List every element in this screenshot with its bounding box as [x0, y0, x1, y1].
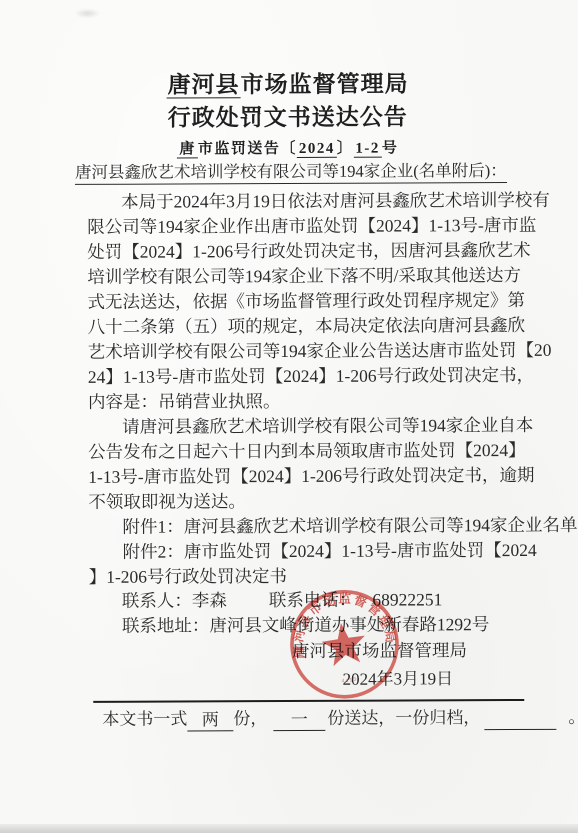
document-title-line1: 唐河县市场监督管理局 — [0, 69, 577, 100]
body-line: 附件1：唐河县鑫欣艺术培训学校有限公司等194家企业名单 — [88, 513, 510, 540]
body-line: 八十二条第（五）项的规定，本局决定依法向唐河县鑫欣 — [88, 313, 510, 340]
seal-star-icon — [319, 620, 368, 667]
body-line: 不领取即视为送达。 — [88, 488, 510, 515]
page-content: 唐河县市场监督管理局 行政处罚文书送达公告 唐市监罚送告〔2024〕1-2号 唐… — [0, 0, 578, 833]
seal-code-digits: 4113 — [341, 676, 359, 685]
official-red-seal: 唐河县市场监督管理局 4113 — [280, 580, 408, 708]
body-line: 公告发布之日起六十日内到本局领取唐市监处罚【2024】 — [88, 438, 510, 465]
body-line: 限公司等194家企业作出唐市监处罚【2024】1-13号-唐市监 — [87, 213, 509, 240]
document-title-line2: 行政处罚文书送达公告 — [0, 102, 577, 133]
body-paragraphs: 本局于2024年3月19日依法对唐河县鑫欣艺术培训学校有限公司等194家企业作出… — [87, 188, 511, 590]
copies-note-line: 本文书一式两份，一份送达，一份归档，。 — [102, 706, 578, 732]
svg-text:4113: 4113 — [341, 676, 359, 685]
footer-blank-copies: 两 — [187, 708, 233, 731]
document-number: 唐市监罚送告〔2024〕1-2号 — [0, 136, 577, 160]
body-line: 1-13号-唐市监处罚【2024】1-206号行政处罚决定书，逾期 — [88, 463, 510, 490]
footer-blank-empty — [484, 707, 556, 730]
body-line: 式无法送达，依据《市场监督管理行政处罚程序规定》第 — [87, 288, 509, 315]
docno-blank-serial: 1-2 — [353, 141, 382, 158]
footer-mid2: 份送达，一份归档， — [327, 708, 480, 728]
footer-prefix: 本文书一式 — [102, 709, 187, 728]
docno-blank-agency: 唐 — [177, 141, 198, 158]
docno-static3: 号 — [382, 141, 399, 157]
body-line: 处罚【2024】1-206号行政处罚决定书，因唐河县鑫欣艺术 — [87, 238, 509, 265]
body-line: 】1-206号行政处罚决定书 — [89, 563, 511, 590]
footer-blank-delivered: 一 — [273, 708, 325, 731]
contact-person-value: 李森 — [192, 590, 227, 610]
body-line: 附件2：唐市监处罚【2024】1-13号-唐市监处罚【2024 — [89, 538, 511, 565]
body-line: 培训学校有限公司等194家企业下落不明/采取其他送达方 — [87, 263, 509, 290]
body-line: 请唐河县鑫欣艺术培训学校有限公司等194家企业自本 — [88, 413, 510, 440]
title-filled-blank: 唐河县 — [166, 71, 240, 98]
docno-static1: 市监罚送告〔 — [198, 141, 297, 157]
docno-static2: 〕 — [337, 141, 354, 157]
footer-period: 。 — [568, 706, 578, 730]
body-line: 内容是：吊销营业执照。 — [88, 388, 510, 415]
body-line: 艺术培训学校有限公司等194家企业公告送达唐市监处罚【20 — [88, 338, 510, 365]
body-line: 24】1-13号-唐市监处罚【2024】1-206号行政处罚决定书， — [88, 363, 510, 390]
contact-person-label: 联系人： — [122, 590, 192, 610]
scanned-document-page: 唐河县市场监督管理局 行政处罚文书送达公告 唐市监罚送告〔2024〕1-2号 唐… — [0, 0, 578, 833]
addressee-line: 唐河县鑫欣艺术培训学校有限公司等194家企业(名单附后)： — [75, 160, 507, 185]
scan-smudge — [74, 9, 100, 18]
footer-mid1: 份， — [233, 709, 267, 728]
body-line: 本局于2024年3月19日依法对唐河县鑫欣艺术培训学校有 — [87, 188, 509, 215]
scan-bottom-edge — [0, 824, 578, 833]
docno-blank-year: 2024 — [297, 141, 337, 158]
title-rest: 市场监督管理局 — [240, 70, 408, 97]
